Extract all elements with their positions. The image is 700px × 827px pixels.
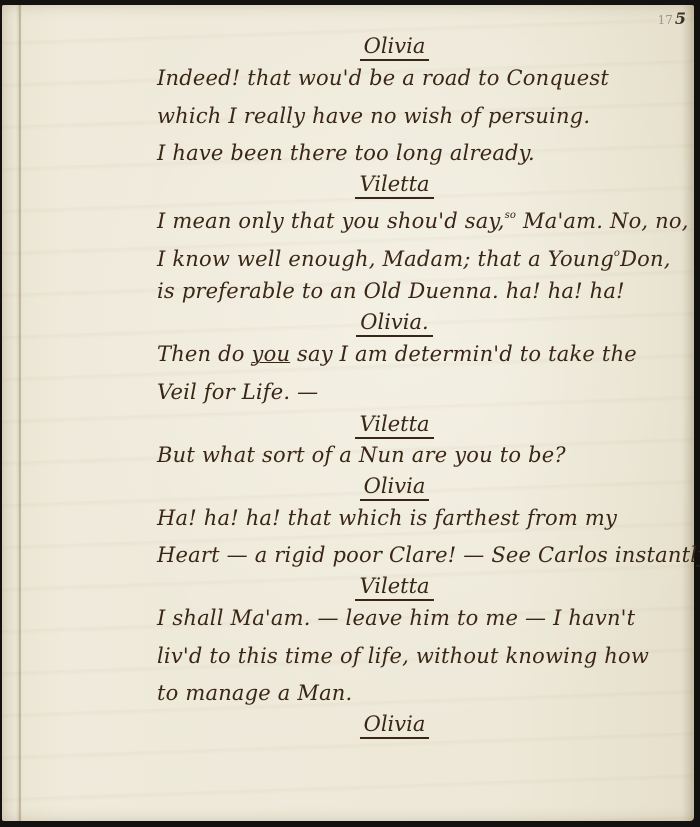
dialogue-line: Veil for Life. — [157,373,692,411]
speaker-heading: Viletta [97,411,692,437]
folio-ink: 5 [675,9,686,28]
interlinear-insertion: so [505,210,517,221]
manuscript-page: 175 Olivia Indeed! that wou'd be a road … [2,5,694,821]
dialogue-line: I have been there too long already. [157,135,692,171]
dialogue-line: is preferable to an Old Duenna. ha! ha! … [157,273,692,309]
dialogue-line: Indeed! that wou'd be a road to Conquest [157,59,692,97]
dialogue-line: I shall Ma'am. — leave him to me — I hav… [157,599,692,637]
dialogue-line: Heart — a rigid poor Clare! — See Carlos… [157,537,692,573]
dialogue-line: liv'd to this time of life, without know… [157,637,692,675]
scan-frame: 175 Olivia Indeed! that wou'd be a road … [0,0,700,827]
speaker-heading: Viletta [97,573,692,599]
underlined-word: you [252,342,291,366]
dialogue-line: to manage a Man. [157,675,692,711]
dialogue-line: which I really have no wish of persuing. [157,97,692,135]
dialogue-line: Then do you say I am determin'd to take … [157,335,692,373]
folio-pencil: 17 [658,13,673,27]
binding-gutter [19,5,21,821]
dialogue-line: Ha! ha! ha! that which is farthest from … [157,499,692,537]
speaker-heading: Olivia. [97,309,692,335]
dialogue-line: I know well enough, Madam; that a Youngo… [157,235,692,273]
speaker-heading: Olivia [97,473,692,499]
dialogue-text: Olivia Indeed! that wou'd be a road to C… [157,33,692,737]
speaker-heading: Olivia [97,711,692,737]
speaker-heading: Viletta [97,171,692,197]
dialogue-line: I mean only that you shou'd say,so Ma'am… [157,197,692,235]
dialogue-line: But what sort of a Nun are you to be? [157,437,692,473]
folio-number: 175 [658,9,686,28]
speaker-heading: Olivia [97,33,692,59]
